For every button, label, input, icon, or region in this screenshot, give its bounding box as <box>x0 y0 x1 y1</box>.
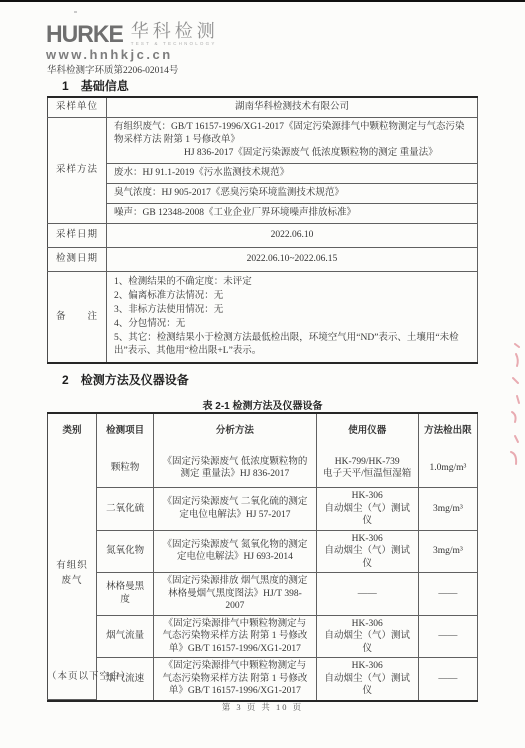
table-row: 氮氧化物《固定污染源废气 氮氧化物的测定 定电位电解法》HJ 693-2014H… <box>48 530 478 573</box>
table-row: 废水：HJ 91.1-2019《污水监测技术规范》 <box>48 164 478 184</box>
remark-line: 4、分包情况：无 <box>114 318 470 331</box>
report-number: 华科检测字环质第2206-02014号 <box>47 62 178 76</box>
report-page: HURKE 华科检测 TEST & TECHNOLOGY www.hnhkjc.… <box>0 0 525 748</box>
table-row: 有组织废气颗粒物《固定污染源废气 低浓度颗粒物的测定 重量法》HJ 836-20… <box>48 449 478 488</box>
test-item-cell: 颗粒物 <box>97 449 154 488</box>
table-row: 烟气流量《固定污染源排气中颗粒物测定与气态污染物采样方法 附第 1 号修改单》G… <box>48 615 478 658</box>
section2-title: 检测方法及仪器设备 <box>81 373 189 387</box>
methods-table-body: 有组织废气颗粒物《固定污染源废气 低浓度颗粒物的测定 重量法》HJ 836-20… <box>48 449 478 700</box>
method-organized-gas: 有组织废气：GB/T 16157-1996/XG1-2017《固定污染源排气中颗… <box>107 118 478 164</box>
table-row: 备 注 1、检测结果的不确定度：未评定 2、偏离标准方法情况：无 3、非标方法使… <box>48 272 478 363</box>
sampling-unit-label: 采样单位 <box>48 98 107 118</box>
detection-limit-cell: —— <box>418 615 477 658</box>
remark-label: 备 注 <box>48 272 107 363</box>
detection-limit-cell: 3mg/m³ <box>418 530 477 573</box>
section2-number: 2 <box>62 373 69 387</box>
analysis-method-cell: 《固定污染源排气中颗粒物测定与气态污染物采样方法 附第 1 号修改单》GB/T … <box>154 615 316 658</box>
instrument-cell: HK-306自动烟尘（气）测试仪 <box>316 615 418 658</box>
analysis-method-cell: 《固定污染源排放 烟气黑度的测定 林格曼烟气黑度图法》HJ/T 398-2007 <box>154 573 316 616</box>
test-date-value: 2022.06.10~2022.06.15 <box>107 248 478 272</box>
instrument-cell: HK-306自动烟尘（气）测试仪 <box>316 530 418 573</box>
test-item-cell: 氮氧化物 <box>97 530 154 573</box>
table-row: 噪声：GB 12348-2008《工业企业厂界环境噪声排放标准》 <box>48 204 478 224</box>
methods-table: 类别检测项目分析方法使用仪器方法检出限 有组织废气颗粒物《固定污染源废气 低浓度… <box>47 412 478 702</box>
basic-info-table: 采样单位 湖南华科检测技术有限公司 采样方法 有组织废气：GB/T 16157-… <box>47 96 478 364</box>
method-odor: 臭气浓度：HJ 905-2017《恶臭污染环境监测技术规范》 <box>107 184 478 204</box>
section1-title: 基础信息 <box>81 79 129 93</box>
method-wastewater: 废水：HJ 91.1-2019《污水监测技术规范》 <box>107 164 478 184</box>
method-organized-line1: 有组织废气：GB/T 16157-1996/XG1-2017《固定污染源排气中颗… <box>114 121 470 147</box>
category-cell: 有组织废气 <box>48 449 97 700</box>
logo-chinese-name: 华科检测 <box>131 22 219 40</box>
page-number-footer: 第 3 页 共 10 页 <box>0 701 525 713</box>
sampling-date-value: 2022.06.10 <box>107 224 478 248</box>
column-header: 使用仪器 <box>316 414 418 449</box>
table2-caption: 表 2-1 检测方法及仪器设备 <box>47 397 478 412</box>
detection-limit-cell: 3mg/m³ <box>418 488 477 531</box>
logo-brand-text: HURKE <box>46 22 123 45</box>
remark-line: 3、非标方法使用情况：无 <box>114 304 470 317</box>
logo-tagline: TEST & TECHNOLOGY <box>131 41 219 46</box>
sampling-unit-value: 湖南华科检测技术有限公司 <box>107 98 478 118</box>
method-noise: 噪声：GB 12348-2008《工业企业厂界环境噪声排放标准》 <box>107 204 478 224</box>
blank-page-note: （本页以下空白） <box>47 668 131 682</box>
method-organized-line2: HJ 836-2017《固定污染源废气 低浓度颗粒物的测定 重量法》 <box>184 147 470 160</box>
column-header: 类别 <box>48 414 97 449</box>
table-row: 二氧化硫《固定污染源废气 二氧化硫的测定 定电位电解法》HJ 57-2017HK… <box>48 488 478 531</box>
remark-cell: 1、检测结果的不确定度：未评定 2、偏离标准方法情况：无 3、非标方法使用情况：… <box>107 272 478 363</box>
table-row: 林格曼黑度《固定污染源排放 烟气黑度的测定 林格曼烟气黑度图法》HJ/T 398… <box>48 573 478 616</box>
sampling-date-label: 采样日期 <box>48 224 107 248</box>
analysis-method-cell: 《固定污染源排气中颗粒物测定与气态污染物采样方法 附第 1 号修改单》GB/T … <box>154 658 316 700</box>
analysis-method-cell: 《固定污染源废气 低浓度颗粒物的测定 重量法》HJ 836-2017 <box>154 449 316 488</box>
test-item-cell: 烟气流量 <box>97 615 154 658</box>
table-row: 采样方法 有组织废气：GB/T 16157-1996/XG1-2017《固定污染… <box>48 118 478 164</box>
test-date-label: 检测日期 <box>48 248 107 272</box>
instrument-cell: HK-799/HK-739电子天平/恒温恒湿箱 <box>316 449 418 488</box>
section1-number: 1 <box>62 79 69 93</box>
red-pen-marks <box>507 340 523 475</box>
scan-speck <box>74 11 77 13</box>
table-row: 采样单位 湖南华科检测技术有限公司 <box>48 98 478 118</box>
remark-line: 1、检测结果的不确定度：未评定 <box>114 276 470 289</box>
section2-heading: 2检测方法及仪器设备 <box>62 371 189 388</box>
table-row: 臭气浓度：HJ 905-2017《恶臭污染环境监测技术规范》 <box>48 184 478 204</box>
column-header: 分析方法 <box>154 414 316 449</box>
detection-limit-cell: 1.0mg/m³ <box>418 449 477 488</box>
instrument-cell: —— <box>316 573 418 616</box>
analysis-method-cell: 《固定污染源废气 二氧化硫的测定 定电位电解法》HJ 57-2017 <box>154 488 316 531</box>
scan-edge-line <box>0 0 525 2</box>
table-row: 检测日期 2022.06.10~2022.06.15 <box>48 248 478 272</box>
instrument-cell: HK-306自动烟尘（气）测试仪 <box>316 658 418 700</box>
detection-limit-cell: —— <box>418 658 477 700</box>
section1-heading: 1基础信息 <box>62 77 129 94</box>
test-item-cell: 二氧化硫 <box>97 488 154 531</box>
column-header: 检测项目 <box>97 414 154 449</box>
analysis-method-cell: 《固定污染源废气 氮氧化物的测定 定电位电解法》HJ 693-2014 <box>154 530 316 573</box>
remark-line: 2、偏离标准方法情况：无 <box>114 290 470 303</box>
logo-website: www.hnhkjc.cn <box>46 47 219 62</box>
detection-limit-cell: —— <box>418 573 477 616</box>
remark-line: 5、其它：检测结果小于检测方法最低检出限，环境空气用“ND”表示、土壤用“未检出… <box>114 332 470 358</box>
table-row: 采样日期 2022.06.10 <box>48 224 478 248</box>
sampling-method-label: 采样方法 <box>48 118 107 224</box>
instrument-cell: HK-306自动烟尘（气）测试仪 <box>316 488 418 531</box>
company-logo: HURKE 华科检测 TEST & TECHNOLOGY www.hnhkjc.… <box>46 22 219 62</box>
test-item-cell: 林格曼黑度 <box>97 573 154 616</box>
methods-table-header-row: 类别检测项目分析方法使用仪器方法检出限 <box>48 414 478 449</box>
column-header: 方法检出限 <box>418 414 477 449</box>
